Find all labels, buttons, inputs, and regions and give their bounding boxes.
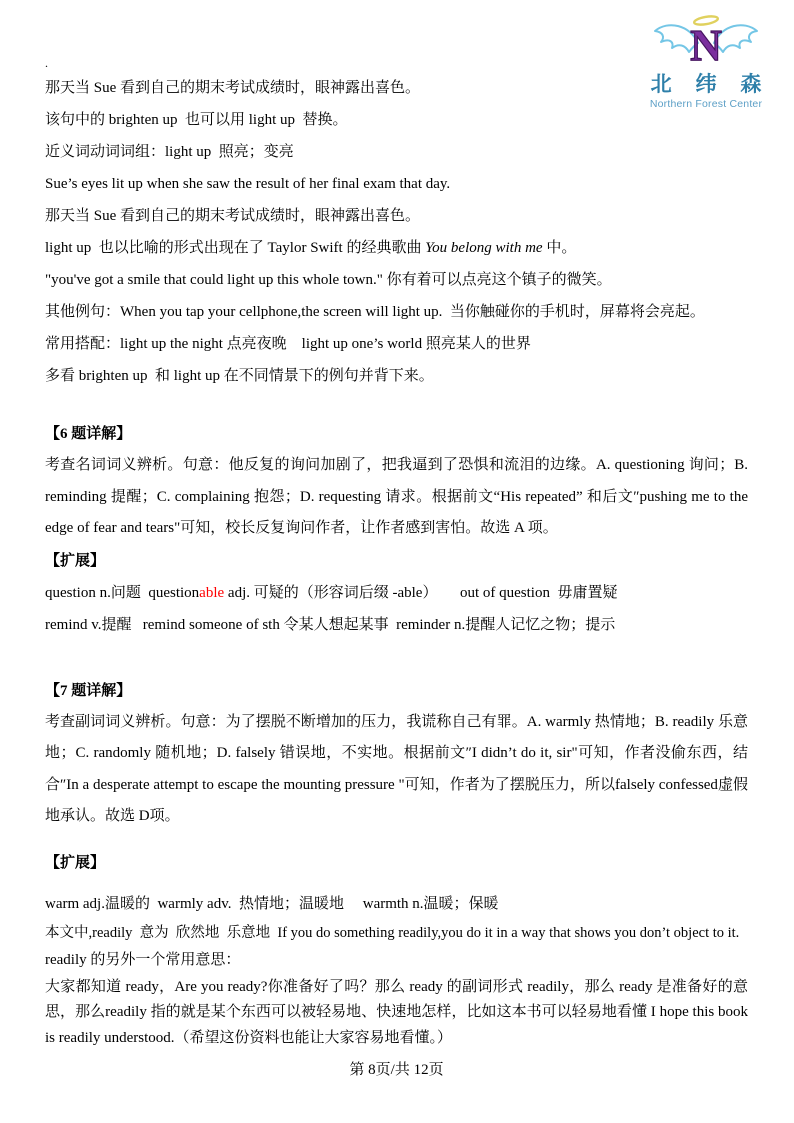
paragraph-readily-other: readily 的另外一个常用意思： <box>45 947 748 973</box>
paragraph-readily-meaning: 本文中,readily 意为 欣然地 乐意地 If you do somethi… <box>45 919 748 947</box>
paragraph-lyric: "you've got a smile that could light up … <box>45 264 748 296</box>
paragraph-brighten-replace: 该句中的 brighten up 也可以用 light up 替换。 <box>45 104 748 136</box>
paragraph-synonym-phrase: 近义词动词词组：light up 照亮；变亮 <box>45 136 748 168</box>
paragraph-q7-analysis: 考查副词词义辨析。句意：为了摆脱不断增加的压力，我谎称自己有罪。A. warml… <box>45 707 748 833</box>
document-page: N 北 纬 森 Northern Forest Center . 那天当 Sue… <box>0 0 794 1123</box>
paragraph-sue-en: Sue’s eyes lit up when she saw the resul… <box>45 168 748 200</box>
paragraph-collocations: 常用搭配：light up the night 点亮夜晚 light up on… <box>45 328 748 360</box>
heading-q6: 【6 题详解】 <box>45 418 748 450</box>
paragraph-q6-analysis: 考查名词词义辨析。句意：他反复的询问加剧了，把我逼到了恐惧和流泪的边缘。A. q… <box>45 450 748 545</box>
suffix-able-highlight: able <box>199 585 224 601</box>
stray-mark: . <box>45 54 748 72</box>
heading-q7: 【7 题详解】 <box>45 675 748 707</box>
page-number: 第 8页/共 12页 <box>45 1057 748 1083</box>
question-pre: question n.问题 question <box>45 585 199 601</box>
paragraph-sue-cn-2: 那天当 Sue 看到自己的期末考试成绩时，眼神露出喜色。 <box>45 200 748 232</box>
song-title: You belong with me <box>425 240 542 256</box>
taylor-post: 中。 <box>543 240 577 256</box>
heading-expand-1: 【扩展】 <box>45 545 748 577</box>
paragraph-memorize-tip: 多看 brighten up 和 light up 在不同情景下的例句并背下来。 <box>45 360 748 392</box>
taylor-pre: light up 也以比喻的形式出现在了 Taylor Swift 的经典歌曲 <box>45 240 425 256</box>
heading-expand-2: 【扩展】 <box>45 847 748 879</box>
paragraph-remind-forms: remind v.提醒 remind someone of sth 令某人想起某… <box>45 609 748 641</box>
question-post: adj. 可疑的（形容词后缀 -able） out of question 毋庸… <box>224 585 617 601</box>
document-content: . 那天当 Sue 看到自己的期末考试成绩时，眼神露出喜色。 该句中的 brig… <box>45 54 748 1083</box>
paragraph-sue-cn-1: 那天当 Sue 看到自己的期末考试成绩时，眼神露出喜色。 <box>45 72 748 104</box>
paragraph-taylor-swift: light up 也以比喻的形式出现在了 Taylor Swift 的经典歌曲 … <box>45 232 748 264</box>
paragraph-ready-explain: 大家都知道 ready，Are you ready?你准备好了吗？那么 read… <box>45 975 748 1052</box>
paragraph-other-example: 其他例句：When you tap your cellphone,the scr… <box>45 296 748 328</box>
paragraph-warm-forms: warm adj.温暖的 warmly adv. 热情地；温暖地 warmth … <box>45 889 748 919</box>
paragraph-question-forms: question n.问题 questionable adj. 可疑的（形容词后… <box>45 577 748 609</box>
